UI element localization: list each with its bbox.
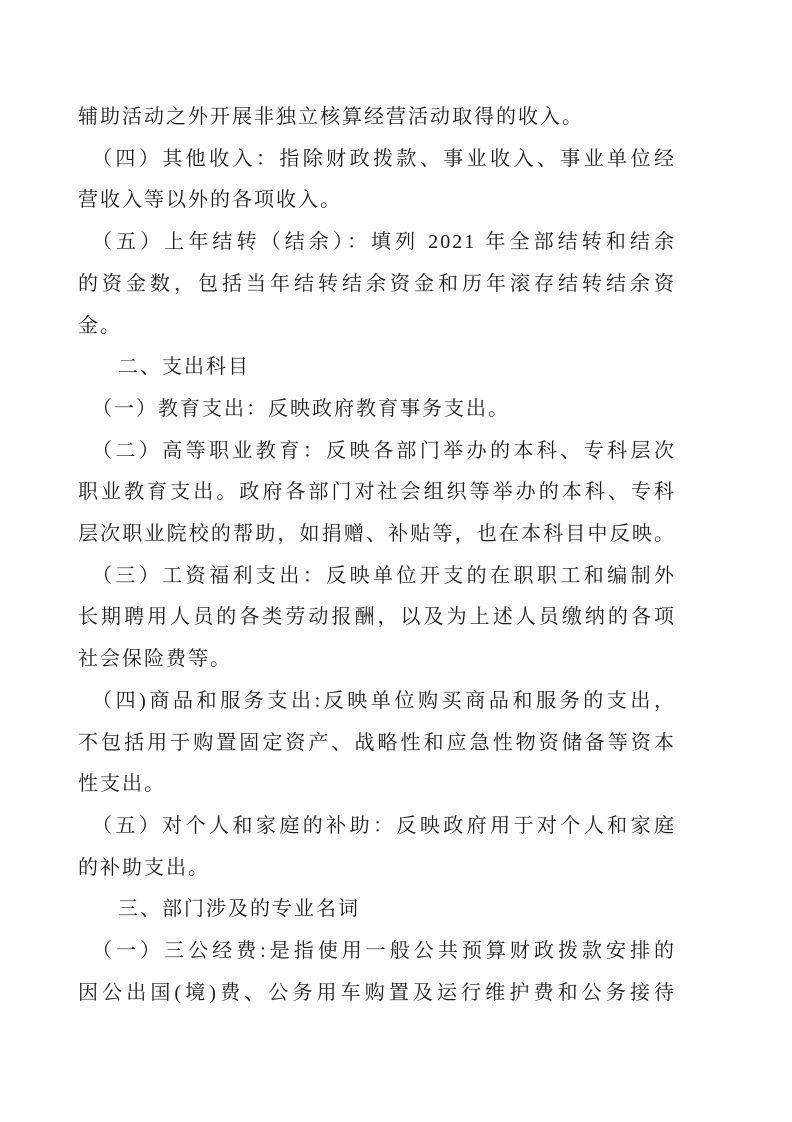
text-line: 的补助支出。	[78, 848, 676, 890]
text-line: 因公出国(境)费、公务用车购置及运行维护费和公务接待	[78, 973, 676, 1015]
text-line: （一）教育支出：反映政府教育事务支出。	[78, 389, 676, 431]
text-line: （三）工资福利支出：反映单位开支的在职职工和编制外	[78, 556, 676, 598]
text-line: 二、支出科目	[78, 347, 676, 389]
text-line: 社会保险费等。	[78, 639, 676, 681]
text-line: （一）三公经费:是指使用一般公共预算财政拨款安排的	[78, 931, 676, 973]
text-line: 的资金数，包括当年结转结余资金和历年滚存结转结余资	[78, 264, 676, 306]
text-line: （四）其他收入：指除财政拨款、事业收入、事业单位经	[78, 139, 676, 181]
text-line: 层次职业院校的帮助，如捐赠、补贴等，也在本科目中反映。	[78, 514, 676, 556]
text-line: 长期聘用人员的各类劳动报酬，以及为上述人员缴纳的各项	[78, 597, 676, 639]
text-line: 职业教育支出。政府各部门对社会组织等举办的本科、专科	[78, 472, 676, 514]
document-page: 辅助活动之外开展非独立核算经营活动取得的收入。（四）其他收入：指除财政拨款、事业…	[0, 0, 792, 1122]
text-line: （二）高等职业教育：反映各部门举办的本科、专科层次	[78, 431, 676, 473]
document-text-block: 辅助活动之外开展非独立核算经营活动取得的收入。（四）其他收入：指除财政拨款、事业…	[78, 97, 676, 1014]
text-line: （五）上年结转（结余）：填列 2021 年全部结转和结余	[78, 222, 676, 264]
text-line: 金。	[78, 306, 676, 348]
text-line: 性支出。	[78, 764, 676, 806]
text-line: 营收入等以外的各项收入。	[78, 180, 676, 222]
text-line: （四)商品和服务支出:反映单位购买商品和服务的支出，	[78, 681, 676, 723]
document-lines: 辅助活动之外开展非独立核算经营活动取得的收入。（四）其他收入：指除财政拨款、事业…	[78, 97, 676, 1014]
text-line: 辅助活动之外开展非独立核算经营活动取得的收入。	[78, 97, 676, 139]
text-line: 不包括用于购置固定资产、战略性和应急性物资储备等资本	[78, 723, 676, 765]
text-line: 三、部门涉及的专业名词	[78, 889, 676, 931]
text-line: （五）对个人和家庭的补助：反映政府用于对个人和家庭	[78, 806, 676, 848]
